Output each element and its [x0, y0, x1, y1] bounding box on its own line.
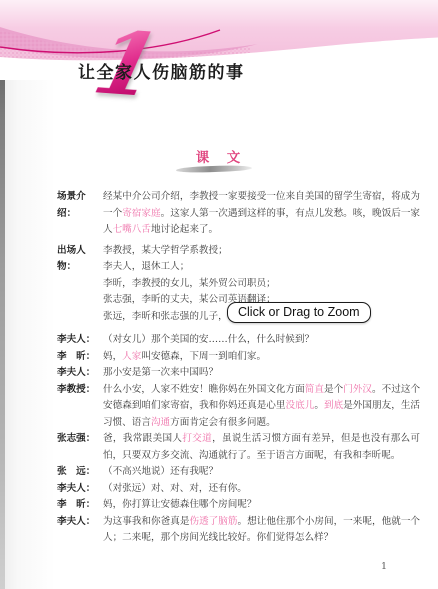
- speaker-name: 李夫人：: [57, 365, 103, 382]
- speaker-name: 李教授：: [57, 382, 103, 399]
- dialogue-row: 李 昕：妈，你打算让安德森住哪个房间呢？: [57, 497, 420, 514]
- text-segment: 地讨论起来了。: [151, 224, 218, 235]
- dialogue-row: 李夫人：为这事我和你爸真是伤透了脑筋。想让他住那个小房间，一来呢，他就一个人；二…: [57, 514, 420, 547]
- dialogue-text: 什么小安，人家不姓安！瞧你妈在外国文化方面简直是个门外汉。不过这个安德森到咱们家…: [103, 382, 420, 432]
- speaker-name: 张志强：: [57, 431, 103, 448]
- speaker-name: 李夫人：: [57, 332, 103, 349]
- dialogue-text: 为这事我和你爸真是伤透了脑筋。想让他住那个小房间，一来呢，他就一个人；二来呢，那…: [103, 514, 420, 547]
- dialogue-row: 李夫人：（对女儿）那个美国的安……什么，什么时候到？: [57, 332, 420, 349]
- text-segment: 妈，你打算让安德森住哪个房间呢？: [103, 499, 257, 510]
- textbook-page: 1 让全家人伤脑筋的事 课 文 场景介绍： 经某中介公司介绍，李教授一家要接受一…: [0, 0, 438, 589]
- scene-intro-label: 场景介绍：: [57, 189, 103, 222]
- vocab-highlight: 寄宿家庭: [122, 208, 160, 219]
- scene-intro-text: 经某中介公司介绍，李教授一家要接受一位来自美国的留学生寄宿，将成为一个寄宿家庭。…: [103, 189, 420, 239]
- dialogue-text: 爸，我常跟美国人打交道，虽说生活习惯方面有差异，但是也没有那么可怕，只要双方多交…: [103, 431, 420, 464]
- dialogue-row: 李夫人：（对张远）对、对、对，还有你。: [57, 481, 420, 498]
- speaker-name: 李夫人：: [57, 514, 103, 531]
- dialogue-row: 李夫人：那小安是第一次来中国吗？: [57, 365, 420, 382]
- text-segment: 。: [314, 400, 324, 411]
- chapter-title: 让全家人伤脑筋的事: [78, 58, 245, 83]
- text-segment: （不高兴地说）还有我呢？: [103, 466, 218, 477]
- dialogue-row: 李教授：什么小安，人家不姓安！瞧你妈在外国文化方面简直是个门外汉。不过这个安德森…: [57, 382, 420, 432]
- page-number: 1: [381, 561, 387, 572]
- vocab-highlight: 门外汉: [343, 384, 372, 395]
- vocab-highlight: 打交道: [182, 433, 212, 444]
- vocab-highlight: 到底: [324, 400, 343, 411]
- dialogue-text: （不高兴地说）还有我呢？: [103, 464, 420, 481]
- text-segment: （对张远）对、对、对，还有你。: [103, 483, 247, 494]
- scene-intro: 场景介绍： 经某中介公司介绍，李教授一家要接受一位来自美国的留学生寄宿，将成为一…: [57, 189, 420, 239]
- text-segment: 为这事我和你爸真是: [103, 516, 189, 527]
- text-segment: 那小安是第一次来中国吗？: [103, 367, 218, 378]
- text-segment: 方面肯定会有很多问题。: [170, 417, 276, 428]
- vocab-highlight: 简直: [305, 384, 324, 395]
- vocab-highlight: 人家: [122, 351, 141, 362]
- vocab-highlight: 沟通: [151, 417, 170, 428]
- dialogue-text: （对张远）对、对、对，还有你。: [103, 481, 420, 498]
- speaker-name: 张 远：: [57, 464, 103, 481]
- section-header-kewen: 课 文: [0, 146, 438, 166]
- text-segment: （对女儿）那个美国的安……什么，什么时候到？: [103, 334, 314, 345]
- cast-line: 李教授，某大学哲学系教授；: [103, 243, 420, 260]
- vocab-highlight: 伤透了脑筋: [189, 516, 237, 527]
- dialogue-section: 李夫人：（对女儿）那个美国的安……什么，什么时候到？李 昕：妈，人家叫安德森，下…: [57, 332, 420, 547]
- cast-line: 李昕，李教授的女儿，某外贸公司职员；: [103, 276, 420, 293]
- zoom-tooltip: Click or Drag to Zoom: [227, 302, 371, 323]
- dialogue-row: 张志强：爸，我常跟美国人打交道，虽说生活习惯方面有差异，但是也没有那么可怕，只要…: [57, 431, 420, 464]
- dialogue-text: 妈，你打算让安德森住哪个房间呢？: [103, 497, 420, 514]
- text-segment: 是个: [324, 384, 343, 395]
- dialogue-text: 那小安是第一次来中国吗？: [103, 365, 420, 382]
- cast-line: 李夫人，退休工人；: [103, 259, 420, 276]
- dialogue-text: （对女儿）那个美国的安……什么，什么时候到？: [103, 332, 420, 349]
- dialogue-row: 李 昕：妈，人家叫安德森，下周一到咱们家。: [57, 349, 420, 366]
- speaker-name: 李 昕：: [57, 349, 103, 366]
- text-segment: 叫安德森，下周一到咱们家。: [141, 351, 266, 362]
- text-segment: 妈，: [103, 351, 122, 362]
- dialogue-row: 张 远：（不高兴地说）还有我呢？: [57, 464, 420, 481]
- speaker-name: 李夫人：: [57, 481, 103, 498]
- cast-list-label: 出场人物：: [57, 243, 103, 276]
- text-segment: 爸，我常跟美国人: [103, 433, 182, 444]
- lesson-content: 场景介绍： 经某中介公司介绍，李教授一家要接受一位来自美国的留学生寄宿，将成为一…: [57, 189, 420, 547]
- vocab-highlight: 七嘴八舌: [113, 224, 151, 235]
- book-spine-edge: [0, 0, 5, 589]
- speaker-name: 李 昕：: [57, 497, 103, 514]
- text-segment: 什么小安，人家不姓安！瞧你妈在外国文化方面: [103, 384, 305, 395]
- dialogue-text: 妈，人家叫安德森，下周一到咱们家。: [103, 349, 420, 366]
- vocab-highlight: 没底儿: [286, 400, 315, 411]
